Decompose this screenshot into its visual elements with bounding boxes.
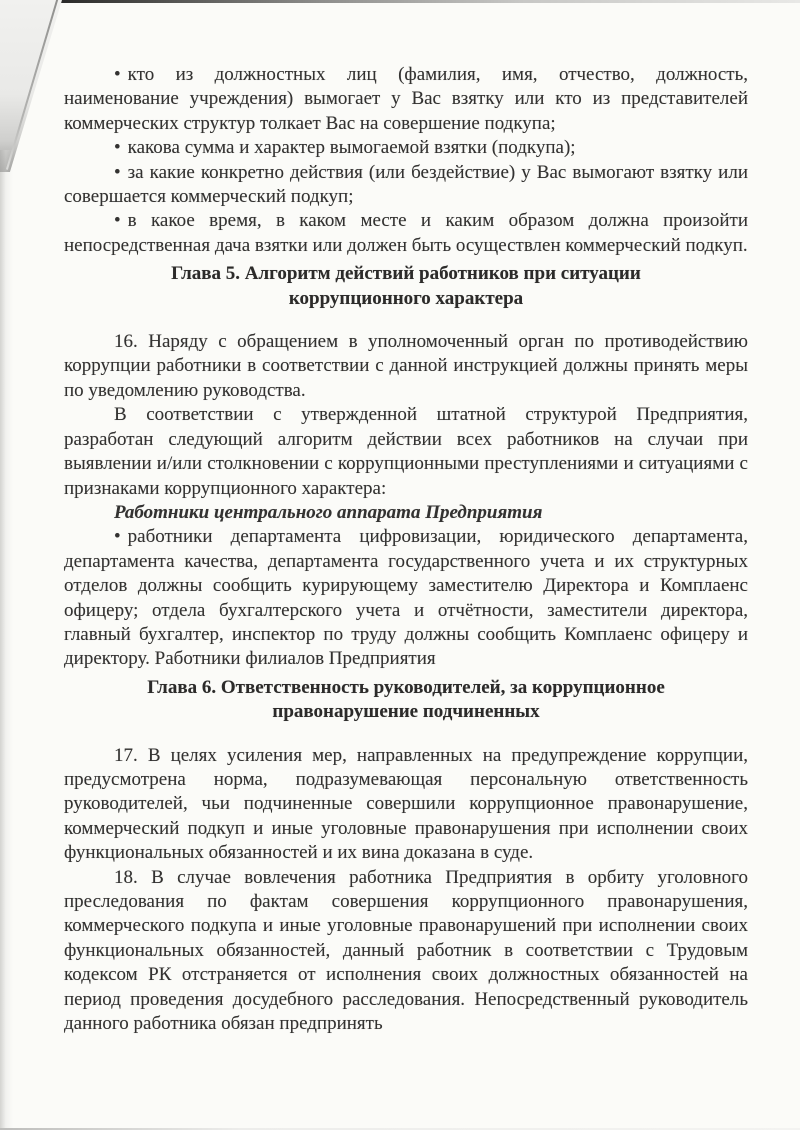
chapter5-heading-line2: коррупционного характера: [64, 287, 748, 311]
bullet-text: кто из должностных лиц (фамилия, имя, от…: [64, 64, 748, 134]
scanned-page: •кто из должностных лиц (фамилия, имя, о…: [0, 0, 800, 1130]
bullet-text: в какое время, в каком месте и каким обр…: [64, 210, 748, 255]
bullet-icon: •: [114, 137, 128, 158]
bullet-text: за какие конкретно действия (или бездейс…: [64, 162, 748, 207]
chapter5-heading-line1: Глава 5. Алгоритм действий работников пр…: [64, 262, 748, 286]
bullet-text: какова сумма и характер вымогаемой взятк…: [128, 137, 576, 158]
chapter6-heading-line2: правонарушение подчиненных: [64, 700, 748, 724]
bullet-icon: •: [114, 64, 128, 85]
bullet-text: работники департамента цифровизации, юри…: [64, 526, 748, 669]
bullet-icon: •: [114, 162, 128, 183]
bullet-item: •работники департамента цифровизации, юр…: [64, 525, 748, 671]
paragraph-16: 16. Наряду с обращением в уполномоченный…: [64, 330, 748, 403]
chapter6-heading-line1: Глава 6. Ответственность руководителей, …: [64, 676, 748, 700]
bullet-item: •в какое время, в каком месте и каким об…: [64, 209, 748, 258]
scan-top-edge-shadow: [0, 0, 800, 3]
chapter6-heading: Глава 6. Ответственность руководителей, …: [64, 676, 748, 725]
paragraph-17: 17. В целях усиления мер, направленных н…: [64, 744, 748, 866]
scan-left-edge-shadow: [0, 150, 13, 1130]
chapter5-heading: Глава 5. Алгоритм действий работников пр…: [64, 262, 748, 311]
bullet-item: •кто из должностных лиц (фамилия, имя, о…: [64, 63, 748, 136]
bullet-item: •за какие конкретно действия (или бездей…: [64, 161, 748, 210]
bullet-icon: •: [114, 210, 128, 231]
document-content: •кто из должностных лиц (фамилия, имя, о…: [64, 63, 748, 1036]
paragraph-structure: В соответствии с утвержденной штатной ст…: [64, 403, 748, 501]
subheading-central-office-workers: Работники центрального аппарата Предприя…: [64, 501, 748, 525]
paragraph-18: 18. В случае вовлечения работника Предпр…: [64, 866, 748, 1037]
bullet-icon: •: [114, 526, 128, 547]
bullet-item: •какова сумма и характер вымогаемой взят…: [64, 136, 748, 160]
